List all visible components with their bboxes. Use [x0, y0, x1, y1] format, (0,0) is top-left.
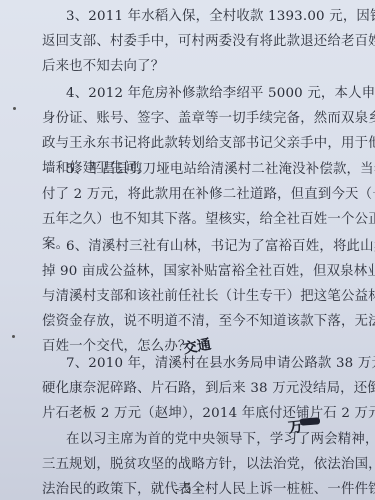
strikeout-scribble [300, 417, 320, 425]
paragraph-item-7: 7、2010 年，清溪村在县水务局申请公路款 38 万元，从 硬化康奈泥碎路、片… [42, 351, 334, 426]
text-line: 4、2012 年危房补修款给李绍平 5000 元，本人申请书、 [42, 81, 334, 106]
text-line: 掉 90 亩成公益林，国家补贴富裕全社百姓，但双泉林业员 [42, 259, 334, 284]
document-page: 3、2011 年水稻入保，全村收款 1393.00 元，因钱少了 返回支部、村委… [0, 0, 375, 500]
text-line: 与清溪村支部和该社前任社长（计生专干）把这笔公益林补 [42, 284, 334, 309]
margin-mark [12, 335, 15, 338]
text-line: 身份证、账号、签字、盖章等一切手续完备，然而双泉乡民 [42, 106, 334, 131]
text-line: 返回支部、村委手中，可村两委没有将此款退还给老百姓， [42, 29, 334, 54]
text-line: 偿资金存放，说不明道不清，至今不知道该款下落，无法给 [42, 309, 334, 334]
text-line: 5、平昌县剪刀垭电站给清溪村二社淹没补偿款，当年 [42, 157, 334, 182]
margin-mark [13, 107, 16, 110]
text-line: 政与王永东书记将此款转划给支部书记父亲手中，用于他补 [42, 131, 334, 156]
page-number: - 5 - [0, 482, 375, 497]
text-line: 五年之久）也不知其下落。望核实，给全社百姓一个公正答 [42, 207, 334, 232]
paragraph-item-3: 3、2011 年水稻入保，全村收款 1393.00 元，因钱少了 返回支部、村委… [42, 4, 334, 79]
text-line: 6、清溪村三社有山林，书记为了富裕百姓，将此山卖 [42, 234, 334, 259]
text-line: 付了 2 万元，将此款用在补修二社道路，但直到今天（长达 [42, 182, 334, 207]
text-line: 硬化康奈泥碎路、片石路，到后来 38 万元没结局，还倒欠 [42, 376, 334, 401]
text-line: 后来也不知去向了？ [42, 54, 334, 79]
text-line: 三五规划，脱贫攻坚的战略方针，以法治党，依法治国，依 [42, 452, 334, 477]
text-line: 3、2011 年水稻入保，全村收款 1393.00 元，因钱少了 [42, 4, 334, 29]
